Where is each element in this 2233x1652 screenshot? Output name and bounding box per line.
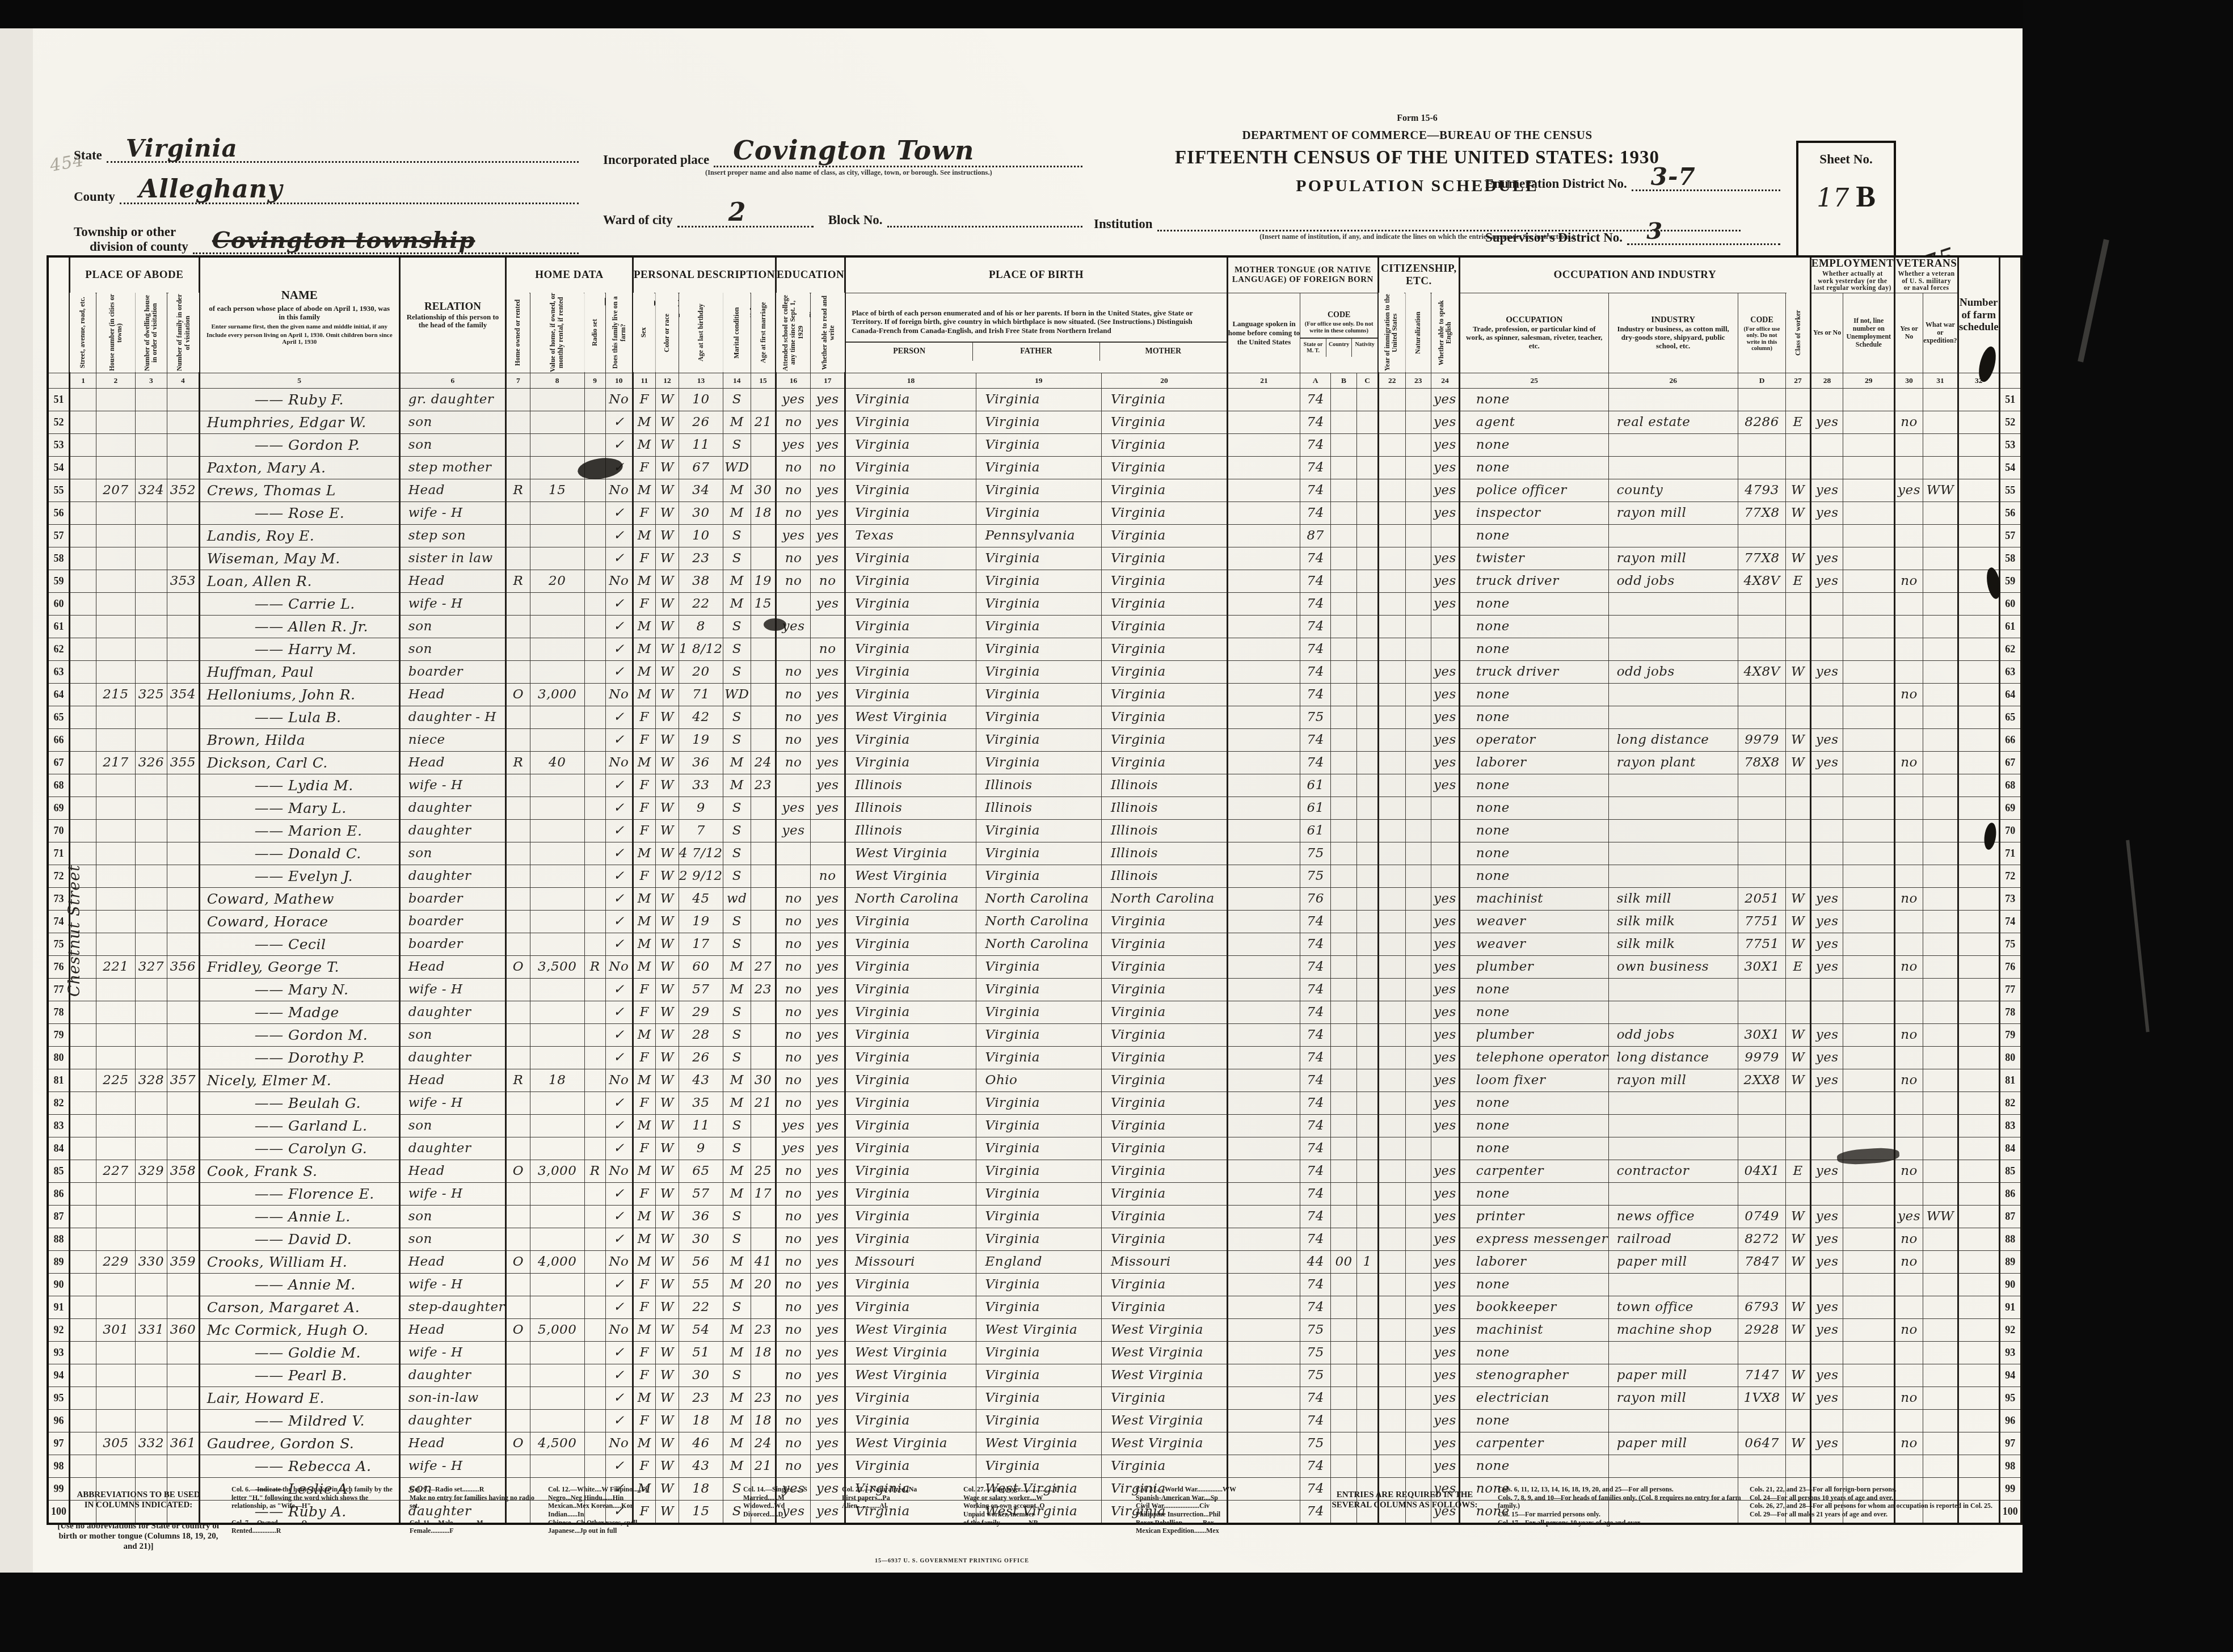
line-number-cell: 90 <box>48 1273 70 1296</box>
cell-rel: son <box>399 842 505 865</box>
cell-yi <box>1378 1001 1405 1023</box>
cell-vet <box>1895 615 1923 638</box>
cell-rw: yes <box>811 1182 845 1205</box>
header-left: State Virginia County Alleghany Township… <box>74 142 579 264</box>
cell-cb <box>1330 1023 1356 1046</box>
cell-fs <box>1958 411 1999 433</box>
cell-mt <box>1227 1091 1300 1114</box>
cell-fam <box>167 660 200 683</box>
cell-war <box>1923 1137 1958 1160</box>
cell-or: O <box>506 683 530 706</box>
cell-yi <box>1378 774 1405 796</box>
cell-street <box>70 1318 96 1341</box>
cell-cd: 2XX8 <box>1738 1069 1786 1091</box>
cell-rel: wife - H <box>399 501 505 524</box>
cell-cd: 7751 <box>1738 933 1786 955</box>
cell-cw <box>1786 865 1810 887</box>
cell-cw <box>1786 1114 1810 1137</box>
cell-val <box>530 842 584 865</box>
cell-name: —— Mary L. <box>199 796 399 819</box>
cell-yi <box>1378 1069 1405 1091</box>
cell-ind <box>1608 592 1738 615</box>
cell-nat <box>1405 638 1431 660</box>
cell-pm: Virginia <box>1102 592 1228 615</box>
cell-ca: 75 <box>1300 865 1330 887</box>
cell-age: 55 <box>679 1273 723 1296</box>
cell-house <box>96 1296 136 1318</box>
cell-cc <box>1357 1137 1379 1160</box>
cell-pb: Virginia <box>845 1069 976 1091</box>
cell-cc <box>1357 1455 1379 1477</box>
cell-age: 45 <box>679 887 723 910</box>
cell-mt <box>1227 1001 1300 1023</box>
cell-occ: machinist <box>1459 1318 1608 1341</box>
cell-fs <box>1958 1001 1999 1023</box>
cell-val <box>530 706 584 728</box>
cell-cw: W <box>1786 728 1810 751</box>
cell-cb <box>1330 570 1356 592</box>
cell-rw: yes <box>811 1046 845 1069</box>
cell-street <box>70 570 96 592</box>
cell-pf: Virginia <box>976 706 1102 728</box>
cell-cb <box>1330 479 1356 501</box>
cell-rw: yes <box>811 1296 845 1318</box>
cell-nat <box>1405 1409 1431 1432</box>
col-number: 25 <box>1459 373 1608 388</box>
cell-ca: 75 <box>1300 1318 1330 1341</box>
cell-ind <box>1608 1273 1738 1296</box>
line-number-cell: 65 <box>1999 706 2021 728</box>
cell-house <box>96 638 136 660</box>
institution-label: Institution <box>1094 217 1153 231</box>
cell-val <box>530 660 584 683</box>
cell-war: WW <box>1923 479 1958 501</box>
col-number: 16 <box>776 373 811 388</box>
cell-vet <box>1895 910 1923 933</box>
cell-ue <box>1843 910 1895 933</box>
cell-afm: 19 <box>751 570 776 592</box>
ed-value: 3-7 <box>1651 163 1696 191</box>
cell-cb <box>1330 1001 1356 1023</box>
cell-occ: none <box>1459 615 1608 638</box>
cell-radio <box>584 501 605 524</box>
cell-mt <box>1227 1386 1300 1409</box>
cell-age: 26 <box>679 1046 723 1069</box>
cell-col: W <box>655 1114 679 1137</box>
cell-cb <box>1330 638 1356 660</box>
sheet-number-box: Sheet No. 17 B <box>1796 141 1896 262</box>
cell-ca: 74 <box>1300 1228 1330 1250</box>
cell-ind: real estate <box>1608 411 1738 433</box>
cell-nat <box>1405 1182 1431 1205</box>
cell-house <box>96 1137 136 1160</box>
cell-val <box>530 1409 584 1432</box>
cell-sch: no <box>776 1250 811 1273</box>
cell-radio <box>584 1318 605 1341</box>
cell-se: yes <box>1431 933 1459 955</box>
cell-house <box>96 501 136 524</box>
cell-col: W <box>655 1318 679 1341</box>
cell-radio <box>584 978 605 1001</box>
cell-farm: ✓ <box>605 1182 633 1205</box>
cell-mt <box>1227 1364 1300 1386</box>
cell-fs <box>1958 1432 1999 1455</box>
cell-or <box>506 1205 530 1228</box>
cell-house <box>96 1386 136 1409</box>
cell-dw <box>135 1341 167 1364</box>
cell-fs <box>1958 501 1999 524</box>
cell-cc <box>1357 1023 1379 1046</box>
cell-mar: S <box>723 524 751 547</box>
cell-sex: M <box>633 1160 655 1182</box>
cell-rw <box>811 842 845 865</box>
col-read-write: Whether able to read and write <box>811 293 845 373</box>
cell-or <box>506 638 530 660</box>
cell-pf: Virginia <box>976 570 1102 592</box>
cell-cw: W <box>1786 1205 1810 1228</box>
cell-se: yes <box>1431 1318 1459 1341</box>
cell-rel: daughter <box>399 1409 505 1432</box>
cell-house <box>96 1364 136 1386</box>
cell-pb: Virginia <box>845 1228 976 1250</box>
county-label: County <box>74 189 115 204</box>
cell-afm <box>751 524 776 547</box>
cell-wk <box>1810 615 1843 638</box>
table-row: 97305332361Gaudree, Gordon S.HeadO4,500N… <box>48 1432 2021 1455</box>
cell-afm: 24 <box>751 751 776 774</box>
cell-yi <box>1378 1273 1405 1296</box>
scan-left-margin <box>0 0 33 1577</box>
line-number-cell: 51 <box>48 388 70 411</box>
cell-or: R <box>506 570 530 592</box>
table-row: 94—— Pearl B.daughter✓FW30SnoyesWest Vir… <box>48 1364 2021 1386</box>
cell-dw <box>135 411 167 433</box>
cell-or <box>506 1341 530 1364</box>
block-fill <box>887 206 1083 227</box>
cell-war <box>1923 1341 1958 1364</box>
group-employment: EMPLOYMENTWhether actually at work yeste… <box>1810 256 1894 293</box>
cell-yi <box>1378 1455 1405 1477</box>
cell-street <box>70 524 96 547</box>
cell-sex: M <box>633 842 655 865</box>
cell-pf: Virginia <box>976 456 1102 479</box>
cell-ind <box>1608 1409 1738 1432</box>
cell-ca: 74 <box>1300 1409 1330 1432</box>
cell-pm: Virginia <box>1102 479 1228 501</box>
cell-war <box>1923 1386 1958 1409</box>
col-numbers-row: 123456789101112131415161718192021ABC2223… <box>48 373 2021 388</box>
cell-col: W <box>655 1364 679 1386</box>
cell-cc <box>1357 1273 1379 1296</box>
cell-ind: odd jobs <box>1608 570 1738 592</box>
cell-ue <box>1843 1318 1895 1341</box>
cell-name: —— Gordon M. <box>199 1023 399 1046</box>
cell-sex: F <box>633 1296 655 1318</box>
cell-val <box>530 910 584 933</box>
cell-wk: yes <box>1810 1250 1843 1273</box>
col-number: 26 <box>1608 373 1738 388</box>
table-row: 85227329358Cook, Frank S.HeadO3,000RNoMW… <box>48 1160 2021 1182</box>
footer-block: Col. 12.—White....W Filipino.....Fil Neg… <box>548 1485 735 1535</box>
cell-vet: no <box>1895 1386 1923 1409</box>
census-form-paper: 454 State Virginia County Alleghany Town… <box>33 28 2023 1573</box>
cell-ind <box>1608 842 1738 865</box>
cell-occ: none <box>1459 456 1608 479</box>
cell-cb <box>1330 456 1356 479</box>
line-number-cell: 69 <box>1999 796 2021 819</box>
cell-cc <box>1357 479 1379 501</box>
cell-war <box>1923 570 1958 592</box>
cell-ca: 74 <box>1300 1205 1330 1228</box>
cell-pm: West Virginia <box>1102 1432 1228 1455</box>
cell-occ: none <box>1459 683 1608 706</box>
cell-cw: W <box>1786 1386 1810 1409</box>
cell-radio <box>584 388 605 411</box>
cell-nat <box>1405 1228 1431 1250</box>
cell-ue <box>1843 933 1895 955</box>
cell-name: —— Annie M. <box>199 1273 399 1296</box>
cell-dw: 330 <box>135 1250 167 1273</box>
cell-fam <box>167 501 200 524</box>
line-number-cell: 65 <box>48 706 70 728</box>
cell-vet <box>1895 433 1923 456</box>
cell-se: yes <box>1431 1228 1459 1250</box>
cell-col: W <box>655 547 679 570</box>
cell-radio <box>584 774 605 796</box>
cell-pf: Virginia <box>976 1160 1102 1182</box>
cell-radio <box>584 1364 605 1386</box>
cell-yi <box>1378 1114 1405 1137</box>
cell-or <box>506 865 530 887</box>
cell-ue <box>1843 1409 1895 1432</box>
cell-street <box>70 660 96 683</box>
cell-farm: ✓ <box>605 887 633 910</box>
cell-cb <box>1330 1046 1356 1069</box>
cell-sex: F <box>633 1364 655 1386</box>
cell-rw: yes <box>811 592 845 615</box>
cell-ue <box>1843 1455 1895 1477</box>
cell-cb <box>1330 842 1356 865</box>
census-scan-page: 454 State Virginia County Alleghany Town… <box>0 0 2233 1652</box>
cell-nat <box>1405 524 1431 547</box>
cell-cc <box>1357 1318 1379 1341</box>
cell-war <box>1923 1455 1958 1477</box>
cell-wk: yes <box>1810 1205 1843 1228</box>
cell-occ: none <box>1459 796 1608 819</box>
cell-fam <box>167 1455 200 1477</box>
cell-street <box>70 706 96 728</box>
cell-vet: yes <box>1895 1205 1923 1228</box>
line-number-cell: 83 <box>48 1114 70 1137</box>
cell-farm: ✓ <box>605 1364 633 1386</box>
cell-fs <box>1958 910 1999 933</box>
cell-age: 23 <box>679 547 723 570</box>
cell-ind <box>1608 638 1738 660</box>
line-number-cell: 66 <box>1999 728 2021 751</box>
cell-col: W <box>655 865 679 887</box>
cell-cw <box>1786 1455 1810 1477</box>
line-number-cell: 82 <box>48 1091 70 1114</box>
line-number-cell: 77 <box>1999 978 2021 1001</box>
cell-dw <box>135 910 167 933</box>
cell-cd: 2051 <box>1738 887 1786 910</box>
cell-yi <box>1378 1341 1405 1364</box>
cell-radio <box>584 1091 605 1114</box>
cell-age: 46 <box>679 1432 723 1455</box>
cell-ind: odd jobs <box>1608 1023 1738 1046</box>
cell-col: W <box>655 1182 679 1205</box>
cell-wk <box>1810 1273 1843 1296</box>
cell-fam <box>167 774 200 796</box>
cell-nat <box>1405 978 1431 1001</box>
cell-wk: yes <box>1810 933 1843 955</box>
col-number: 4 <box>167 373 200 388</box>
cell-sch: no <box>776 1091 811 1114</box>
cell-pm: West Virginia <box>1102 1341 1228 1364</box>
cell-or <box>506 910 530 933</box>
cell-rel: wife - H <box>399 1091 505 1114</box>
cell-sch: yes <box>776 1137 811 1160</box>
cell-radio <box>584 1023 605 1046</box>
cell-sch: no <box>776 706 811 728</box>
cell-rw: no <box>811 456 845 479</box>
cell-dw <box>135 1091 167 1114</box>
ward-fill: 2 <box>677 206 814 227</box>
cell-ind <box>1608 1114 1738 1137</box>
cell-war <box>1923 865 1958 887</box>
cell-pb: Virginia <box>845 1273 976 1296</box>
cell-wk: yes <box>1810 501 1843 524</box>
col-number: A <box>1300 373 1330 388</box>
line-number-cell: 94 <box>1999 1364 2021 1386</box>
cell-age: 43 <box>679 1069 723 1091</box>
cell-street <box>70 501 96 524</box>
cell-rw: yes <box>811 955 845 978</box>
cell-pb: Virginia <box>845 1205 976 1228</box>
cell-house <box>96 1023 136 1046</box>
cell-farm: ✓ <box>605 933 633 955</box>
cell-age: 10 <box>679 388 723 411</box>
cell-val <box>530 728 584 751</box>
cell-dw: 331 <box>135 1318 167 1341</box>
cell-afm: 30 <box>751 1069 776 1091</box>
cell-occ: weaver <box>1459 933 1608 955</box>
group-relation: RELATION Relationship of this person to … <box>399 256 505 373</box>
col-class-of-worker: Class of worker <box>1786 293 1810 373</box>
cell-afm: 23 <box>751 1318 776 1341</box>
cell-sex: F <box>633 547 655 570</box>
cell-war <box>1923 1069 1958 1091</box>
cell-ca: 74 <box>1300 1386 1330 1409</box>
cell-ue <box>1843 388 1895 411</box>
cell-mt <box>1227 433 1300 456</box>
line-number-cell: 58 <box>1999 547 2021 570</box>
incorporated-label: Incorporated place <box>603 153 709 167</box>
line-number-cell: 67 <box>48 751 70 774</box>
cell-val <box>530 1001 584 1023</box>
cell-vet <box>1895 660 1923 683</box>
ward-block-field: Ward of city 2 Block No. <box>603 206 1082 227</box>
cell-sch: no <box>776 1069 811 1091</box>
cell-fam <box>167 1386 200 1409</box>
cell-cc <box>1357 615 1379 638</box>
line-col-header <box>48 256 70 373</box>
cell-radio <box>584 1069 605 1091</box>
cell-street <box>70 638 96 660</box>
cell-rel: wife - H <box>399 978 505 1001</box>
cell-pb: Texas <box>845 524 976 547</box>
cell-rw: yes <box>811 728 845 751</box>
cell-rel: son <box>399 1205 505 1228</box>
cell-val: 4,000 <box>530 1250 584 1273</box>
cell-pm: Virginia <box>1102 638 1228 660</box>
cell-sch: no <box>776 1023 811 1046</box>
cell-cc <box>1357 660 1379 683</box>
cell-vet <box>1895 388 1923 411</box>
cell-occ: plumber <box>1459 1023 1608 1046</box>
cell-se: yes <box>1431 1001 1459 1023</box>
cell-fs <box>1958 1023 1999 1046</box>
cell-val <box>530 774 584 796</box>
cell-sex: F <box>633 796 655 819</box>
group-place-of-abode: PLACE OF ABODE <box>70 256 199 293</box>
cell-sex: M <box>633 570 655 592</box>
cell-rel: boarder <box>399 910 505 933</box>
cell-ca: 74 <box>1300 933 1330 955</box>
cell-fam <box>167 933 200 955</box>
cell-pm: Virginia <box>1102 1228 1228 1250</box>
cell-ue <box>1843 547 1895 570</box>
cell-fam <box>167 1091 200 1114</box>
cell-afm <box>751 547 776 570</box>
cell-vet <box>1895 524 1923 547</box>
col-age-first-marriage: Age at first marriage <box>751 293 776 373</box>
cell-ind <box>1608 796 1738 819</box>
cell-radio <box>584 933 605 955</box>
cell-cc <box>1357 433 1379 456</box>
cell-nat <box>1405 615 1431 638</box>
cell-yi <box>1378 1091 1405 1114</box>
cell-fam <box>167 978 200 1001</box>
cell-farm: No <box>605 388 633 411</box>
cell-ca: 74 <box>1300 751 1330 774</box>
cell-vet <box>1895 1114 1923 1137</box>
cell-val: 20 <box>530 570 584 592</box>
col-number: 17 <box>811 373 845 388</box>
cell-name: —— Rebecca A. <box>199 1455 399 1477</box>
cell-rw: no <box>811 570 845 592</box>
cell-fam <box>167 728 200 751</box>
cell-fs <box>1958 955 1999 978</box>
cell-rw: yes <box>811 433 845 456</box>
cell-yi <box>1378 796 1405 819</box>
cell-age: 23 <box>679 1386 723 1409</box>
cell-or <box>506 1001 530 1023</box>
cell-sch: no <box>776 1296 811 1318</box>
cell-farm: ✓ <box>605 1341 633 1364</box>
cell-occ: twister <box>1459 547 1608 570</box>
ward-label: Ward of city <box>603 213 673 227</box>
cell-rel: sister in law <box>399 547 505 570</box>
cell-rw: yes <box>811 1023 845 1046</box>
cell-fam <box>167 1296 200 1318</box>
cell-dw <box>135 501 167 524</box>
line-number-cell: 73 <box>1999 887 2021 910</box>
cell-sex: F <box>633 774 655 796</box>
cell-or <box>506 524 530 547</box>
township-label: Township or otherdivision of county <box>74 225 188 254</box>
cell-se: yes <box>1431 1182 1459 1205</box>
